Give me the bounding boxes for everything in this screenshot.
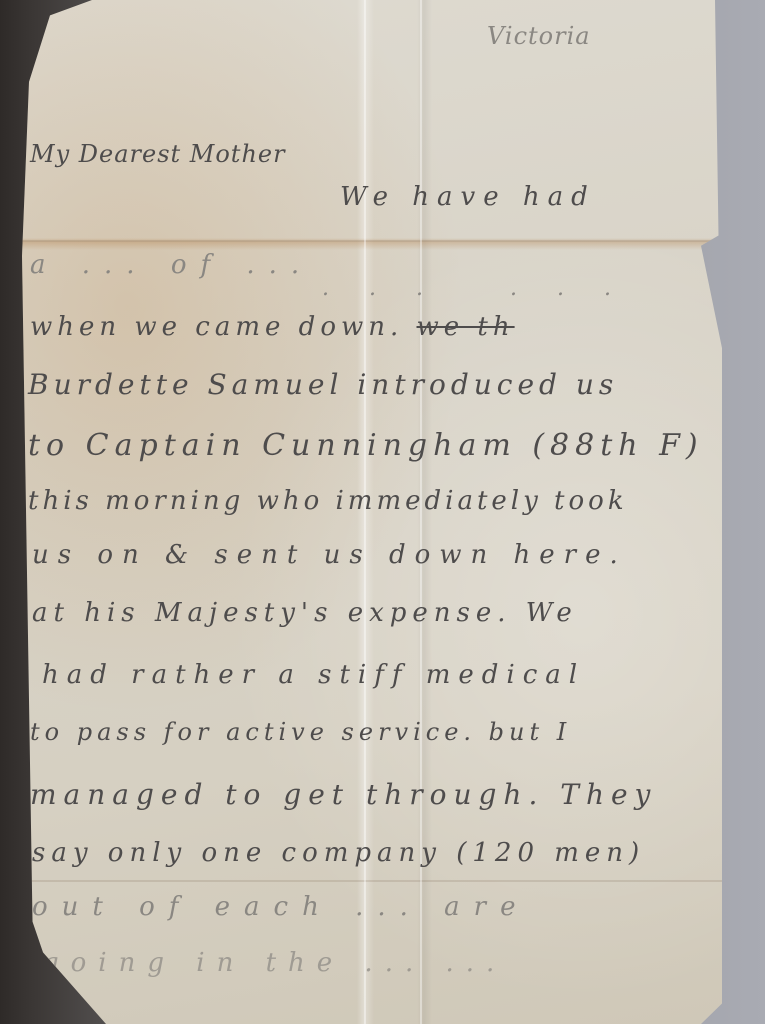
letter-line-12: managed to get through. They bbox=[30, 778, 657, 811]
letter-line-6: to Captain Cunningham (88th F) bbox=[28, 428, 704, 463]
horizontal-fold-crease bbox=[22, 880, 722, 882]
letter-line-14: out of each ... are bbox=[32, 892, 530, 922]
letter-line-8: us on & sent us down here. bbox=[32, 540, 627, 570]
letter-line-2: a ... of ... bbox=[30, 250, 313, 280]
letter-line-7: this morning who immediately took bbox=[28, 486, 628, 516]
salutation: My Dearest Mother bbox=[30, 140, 286, 168]
letter-line-4: when we came down. we th bbox=[30, 312, 515, 342]
struck-word: we th bbox=[417, 312, 515, 342]
letter-line-15: going in the ... ... bbox=[42, 948, 506, 978]
letter-line-3: ... ... bbox=[322, 276, 651, 301]
letter-line-4-text: when we came down. bbox=[30, 312, 403, 342]
letter-line-10: had rather a stiff medical bbox=[42, 660, 585, 690]
letter-line-1: We have had bbox=[340, 182, 596, 212]
letter-line-13: say only one company (120 men) bbox=[32, 838, 645, 868]
horizontal-fold-crease bbox=[22, 240, 722, 242]
letter-line-5: Burdette Samuel introduced us bbox=[28, 368, 618, 401]
letter-paper: Victoria My Dearest Mother We have had a… bbox=[22, 0, 722, 1024]
header-place: Victoria bbox=[487, 22, 591, 50]
letter-line-9: at his Majesty's expense. We bbox=[32, 598, 578, 628]
letter-line-11: to pass for active service. but I bbox=[30, 718, 571, 746]
